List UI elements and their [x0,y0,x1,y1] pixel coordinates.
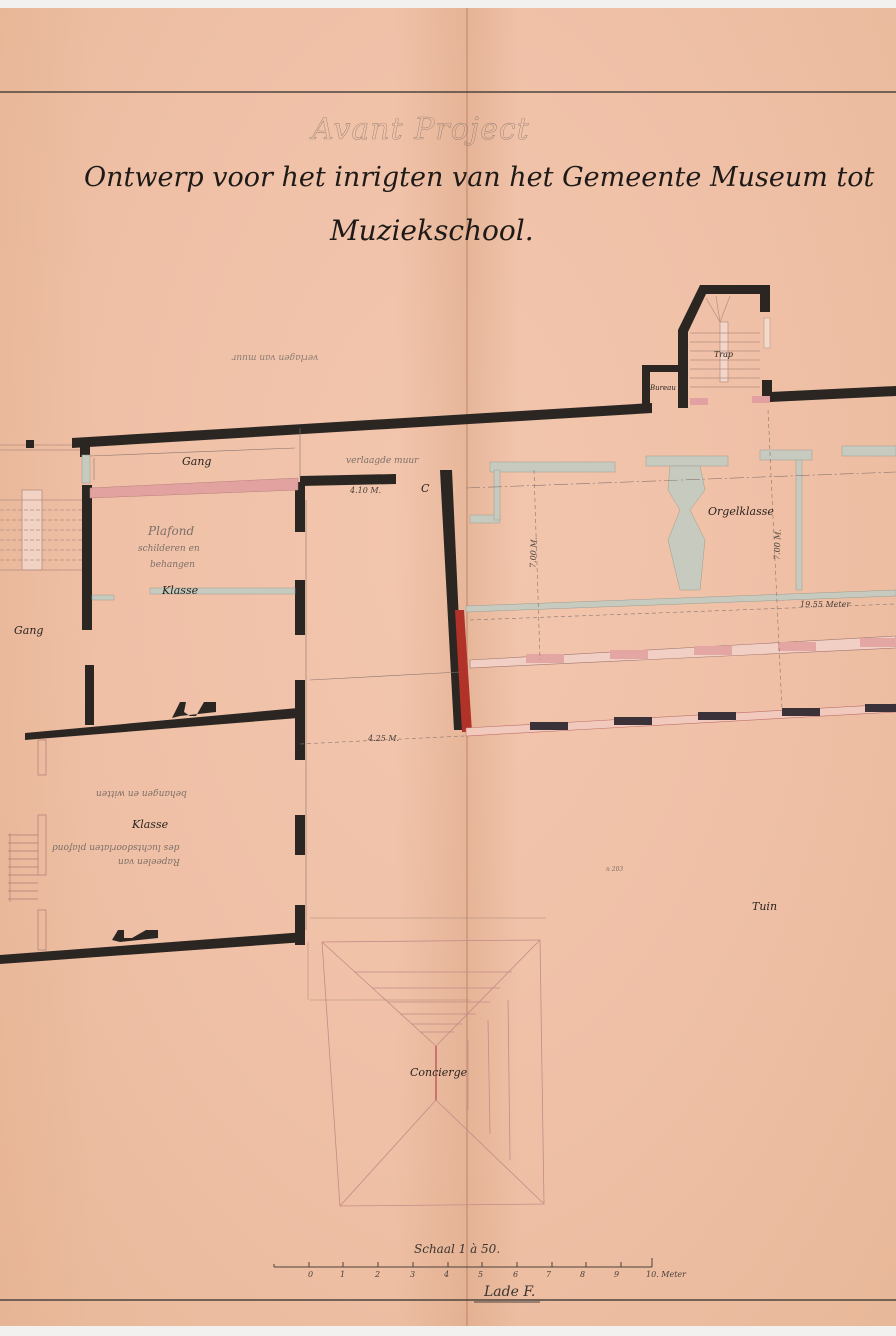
scale-tick-0: 0 [308,1270,313,1279]
scale-tick-8: 8 [580,1270,585,1279]
scale-tick-10: 10. Meter [646,1270,686,1279]
left-staircase [0,445,82,570]
note-plafond-2: schilderen en [138,544,200,554]
room-label-klasse-upper: Klasse [162,584,198,597]
room-label-bureau: Bureau [650,384,676,392]
avant-project-heading: Avant Project [312,112,530,147]
document-title-line2: Muziekschool. [330,214,534,247]
dimension-width-middle: 4.25 M. [368,734,399,743]
pillar-block [26,440,34,448]
scale-tick-4: 4 [444,1270,449,1279]
scale-tick-7: 7 [546,1270,551,1279]
note-gang-top: verlaagde muur [346,456,418,466]
note-plafond: Plafond [148,524,194,538]
dimension-height-right: 7.00 M. [773,529,783,560]
dimension-height-left: 7.00 M. [529,537,539,568]
scale-tick-6: 6 [513,1270,518,1279]
room-label-orgelklasse: Orgelklasse [708,505,774,518]
pink-partition-wall [90,478,298,498]
outer-window-wall [466,704,896,736]
scale-tick-9: 9 [614,1270,619,1279]
dimension-width-upper: 4.10 M. [350,486,381,495]
door-threshold [690,398,708,405]
drawer-label: Lade F. [484,1284,535,1300]
note-lower-2: Rapeelen van [118,856,180,866]
room-label-gang-left: Gang [14,624,43,637]
floor-plan-drawing [0,0,896,1336]
note-lower-3: des luchtsdoorlaten plafond [52,842,179,852]
pink-window-row [470,636,896,668]
scale-tick-2: 2 [375,1270,380,1279]
door-threshold [752,396,770,403]
room-label-trap: Trap [714,350,733,359]
scale-title: Schaal 1 à 50. [414,1242,500,1256]
lower-left-frames [8,740,46,950]
room-label-tuin: Tuin [752,900,777,913]
trap-window [764,318,770,348]
room-label-gang-top: Gang [182,455,211,468]
room-label-concierge: Concierge [410,1066,467,1079]
document-title-line1: Ontwerp voor het inrigten van het Gemeen… [84,162,874,193]
tuin-mark: n 203 [606,866,623,873]
scale-tick-1: 1 [340,1270,345,1279]
dimension-length-orgel: 19.55 Meter [800,600,850,609]
trap-staircase [690,296,760,387]
corridor-mark: C [421,482,429,495]
note-lower-1: behangen en witten [96,788,187,798]
scale-tick-3: 3 [410,1270,415,1279]
scale-bar [274,1258,652,1267]
room-label-klasse-lower: Klasse [132,818,168,831]
note-plafond-3: behangen [150,560,195,570]
pencil-note-upper: verlagen van muur [232,352,318,362]
scale-tick-5: 5 [478,1270,483,1279]
